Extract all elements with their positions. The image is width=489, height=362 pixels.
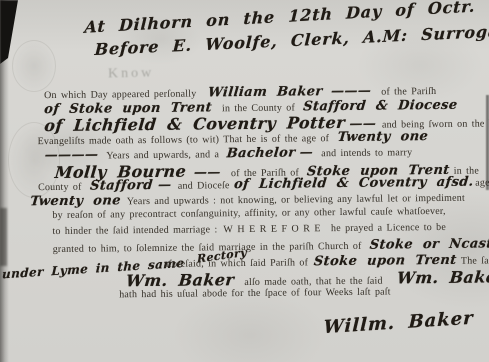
printed-text: Years and upwards : not knowing, or beli…: [127, 193, 465, 208]
handwritten-condition: Bachelor: [226, 145, 296, 161]
handwritten-dash: ———: [330, 84, 372, 99]
body-line-10: to hinder the ſaid intended marriage : W…: [52, 222, 446, 237]
signature-willm-baker: Willm. Baker: [323, 308, 474, 339]
document-content: At Dilhorn on the 12th Day of Octr. (179…: [0, 0, 489, 362]
printed-text: of the Pariſh: [381, 86, 436, 98]
printed-text: hath had his uſual abode for the ſpace o…: [119, 286, 391, 300]
printed-text: he prayed a Licence to be: [331, 222, 446, 234]
handwritten-dash: —: [299, 145, 314, 160]
printed-text: County of: [38, 182, 82, 193]
handwritten-bride-county: Stafford: [89, 178, 153, 194]
printed-text: aforeſaid, in which ſaid Pariſh of: [164, 257, 308, 270]
printed-text: in the County of: [222, 102, 295, 114]
handwritten-bride-age: Twenty one: [29, 193, 121, 209]
printed-text: and Dioceſe: [178, 180, 230, 192]
handwritten-name-abbrev: Wm. Baker: [396, 267, 489, 287]
handwritten-groom-name: William Baker: [208, 84, 324, 100]
handwritten-groom-age: Twenty one: [336, 129, 428, 145]
handwritten-dash: ————: [44, 148, 99, 164]
printed-text: and intends to marry: [321, 147, 412, 159]
printed-text: to hinder the ſaid intended marriage :: [52, 224, 217, 237]
scanned-marriage-allegation-document: Know At Dilhorn on the 12th Day of Octr.…: [0, 0, 489, 362]
handwritten-parish: Stoke upon Trent: [313, 253, 457, 270]
printed-text: The ſaid: [461, 255, 489, 266]
handwritten-dash: —: [158, 178, 173, 193]
printed-wherefore: WHEREFORE: [223, 223, 325, 235]
printed-text: On which Day appeared perſonally: [44, 88, 196, 101]
signature-block: Willm. Baker: [323, 308, 474, 338]
handwritten-name-abbrev: Wm. Baker: [125, 270, 235, 290]
printed-text: Years and upwards, and a: [106, 149, 219, 161]
body-line-14: hath had his uſual abode for the ſpace o…: [119, 286, 391, 300]
page-left-edge-mark: [0, 208, 7, 266]
handwritten-church: Stoke or Ncastle: [369, 236, 489, 252]
